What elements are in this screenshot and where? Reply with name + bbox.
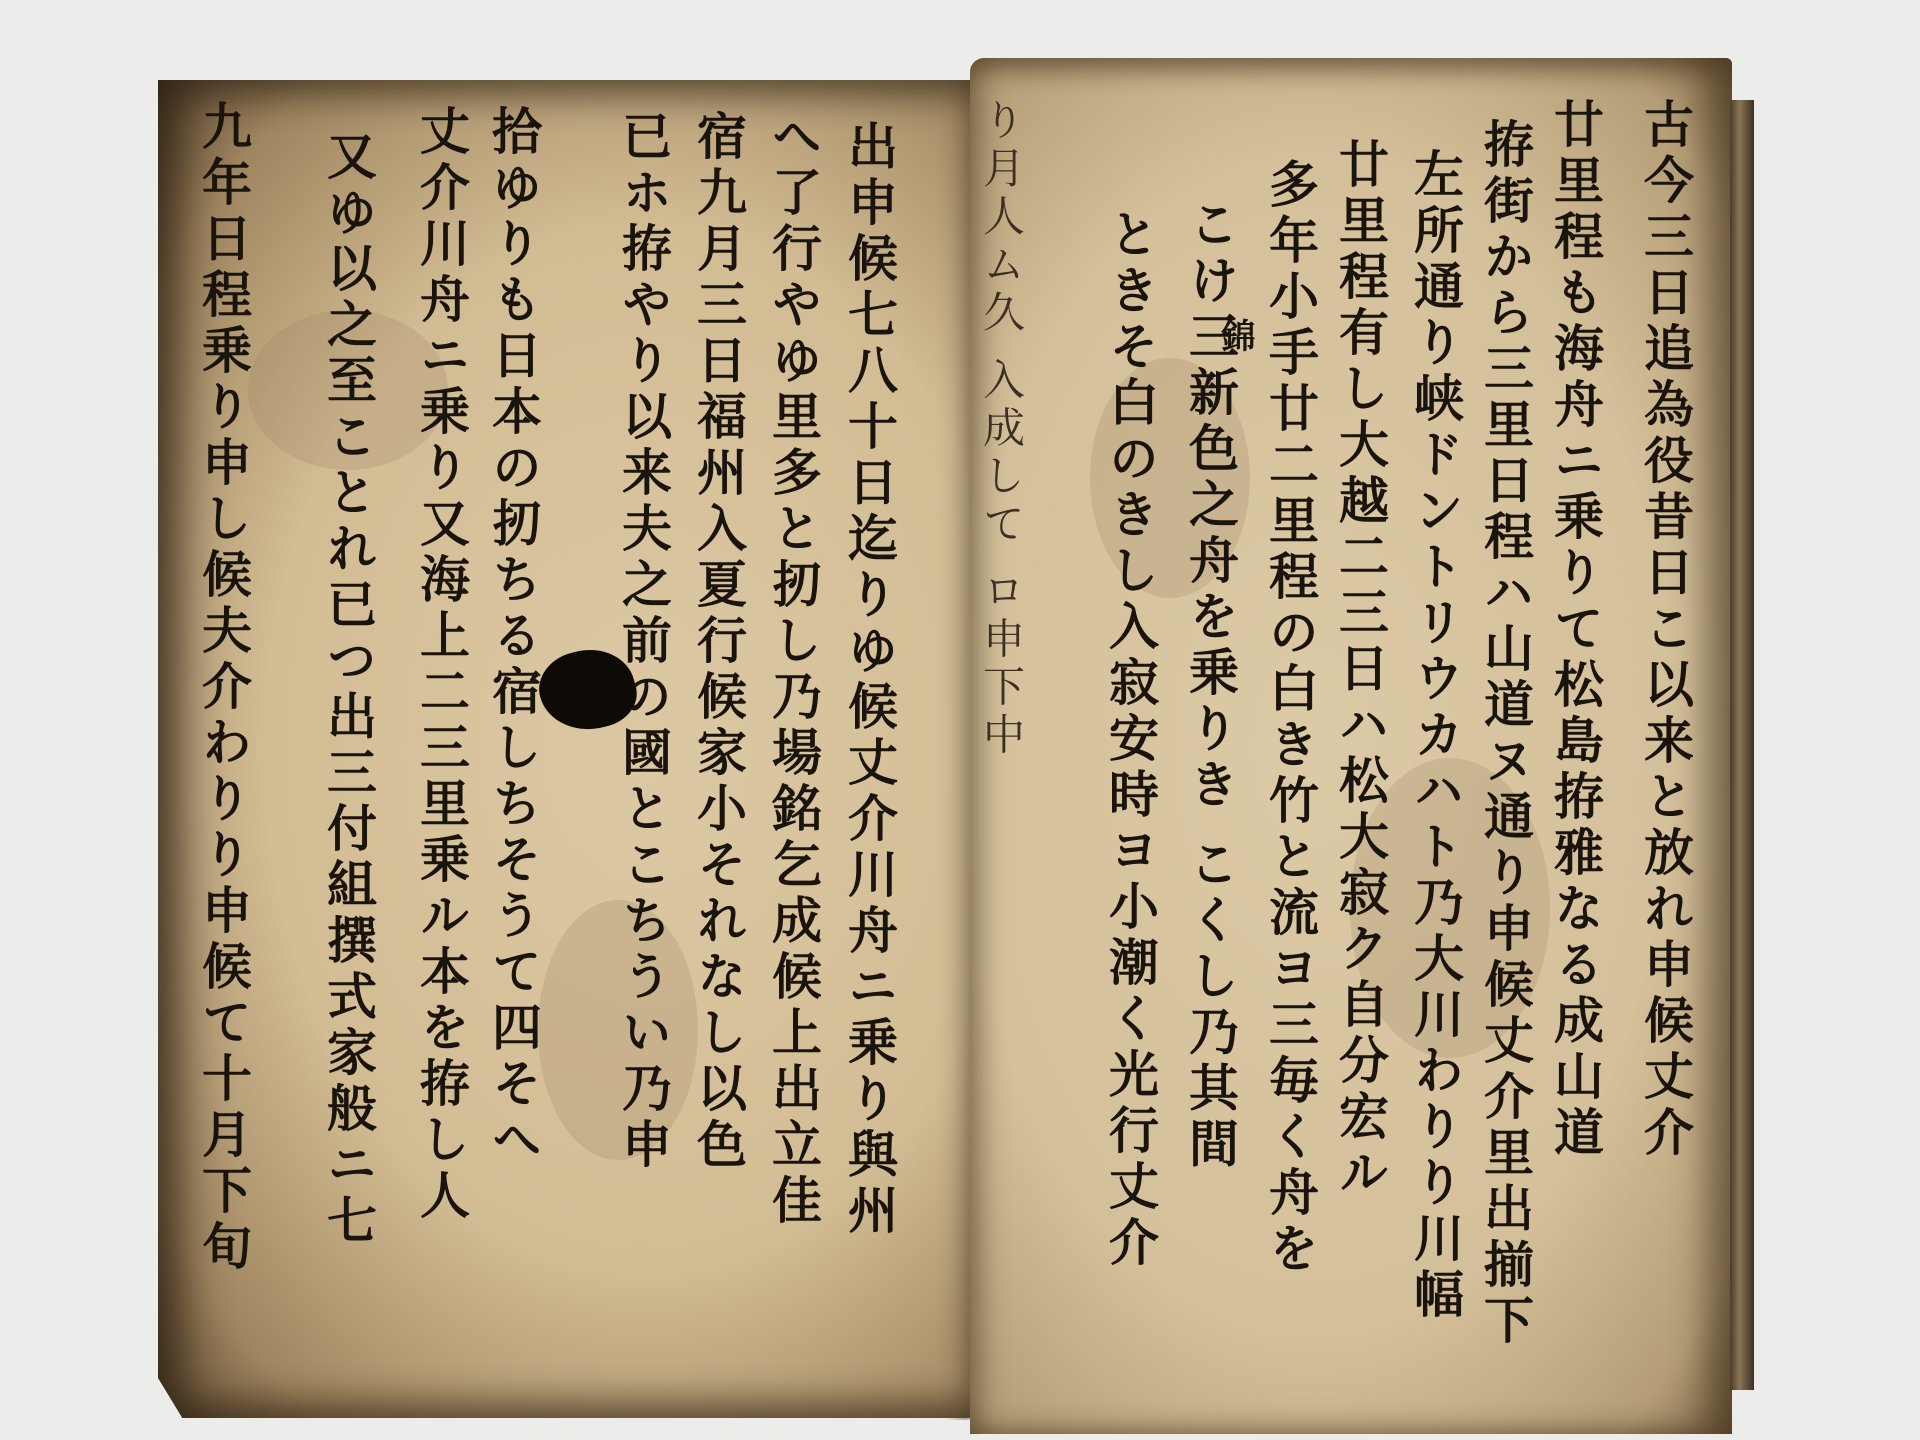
text-column: 宿九月三日福州入夏行候家小それなし以色: [693, 110, 743, 1174]
page-stack-edge: [1730, 100, 1754, 1390]
marginal-note: 錦: [1218, 318, 1252, 358]
text-column: 又ゆ以之至ことれ已つ出三付組撰式家般ニ七: [323, 130, 373, 1250]
text-column: へ了行やゆ里多と扨し乃場銘乞成候上出立佳: [768, 110, 818, 1230]
text-column: 拾ゆりも日本の扨ちる宿しちそうて四そへ: [488, 105, 538, 1169]
left-manuscript-page: 出申候七八十日迄りゆ候丈介川舟ニ乗り與州 へ了行やゆ里多と扨し乃場銘乞成候上出立…: [158, 80, 970, 1418]
text-column: 左所通り峡ドントリウカハト乃大川わりり川幅: [1410, 148, 1460, 1324]
text-column: 九年日程乗り申し候夫介わりり申候て十月下旬: [198, 100, 248, 1276]
text-column: 多年小手廿二里程の白き竹と流ヨ三毎く舟を: [1265, 158, 1315, 1278]
right-manuscript-page: 古今三日追為役昔日こ以来と放れ申候丈介 廿里程も海舟ニ乗りて松島拵雅なる成山道 …: [970, 58, 1732, 1434]
text-column-faint: り月人ム久 入成して ロ申下中: [980, 98, 1022, 761]
text-column: 拵街から三里日程ハ山道ヌ通り申候丈介里出揃下: [1480, 118, 1530, 1350]
text-column: 廿里程有し大越二三日ハ松大寂ク自分宏ル: [1335, 138, 1385, 1202]
text-column: ときそ白のきし入寂安時ヨ小潮く光行丈介: [1105, 208, 1155, 1272]
text-column: 丈介川舟ニ乗り又海上二三里乗ル本を拵し人: [416, 105, 466, 1225]
text-column: 已ホ拵やり以来夫之前の國とこちうい乃申: [618, 110, 668, 1174]
text-column: 古今三日追為役昔日こ以来と放れ申候丈介: [1640, 98, 1690, 1162]
text-column: 出申候七八十日迄りゆ候丈介川舟ニ乗り與州: [844, 120, 894, 1240]
text-column: 廿里程も海舟ニ乗りて松島拵雅なる成山道: [1550, 98, 1600, 1162]
